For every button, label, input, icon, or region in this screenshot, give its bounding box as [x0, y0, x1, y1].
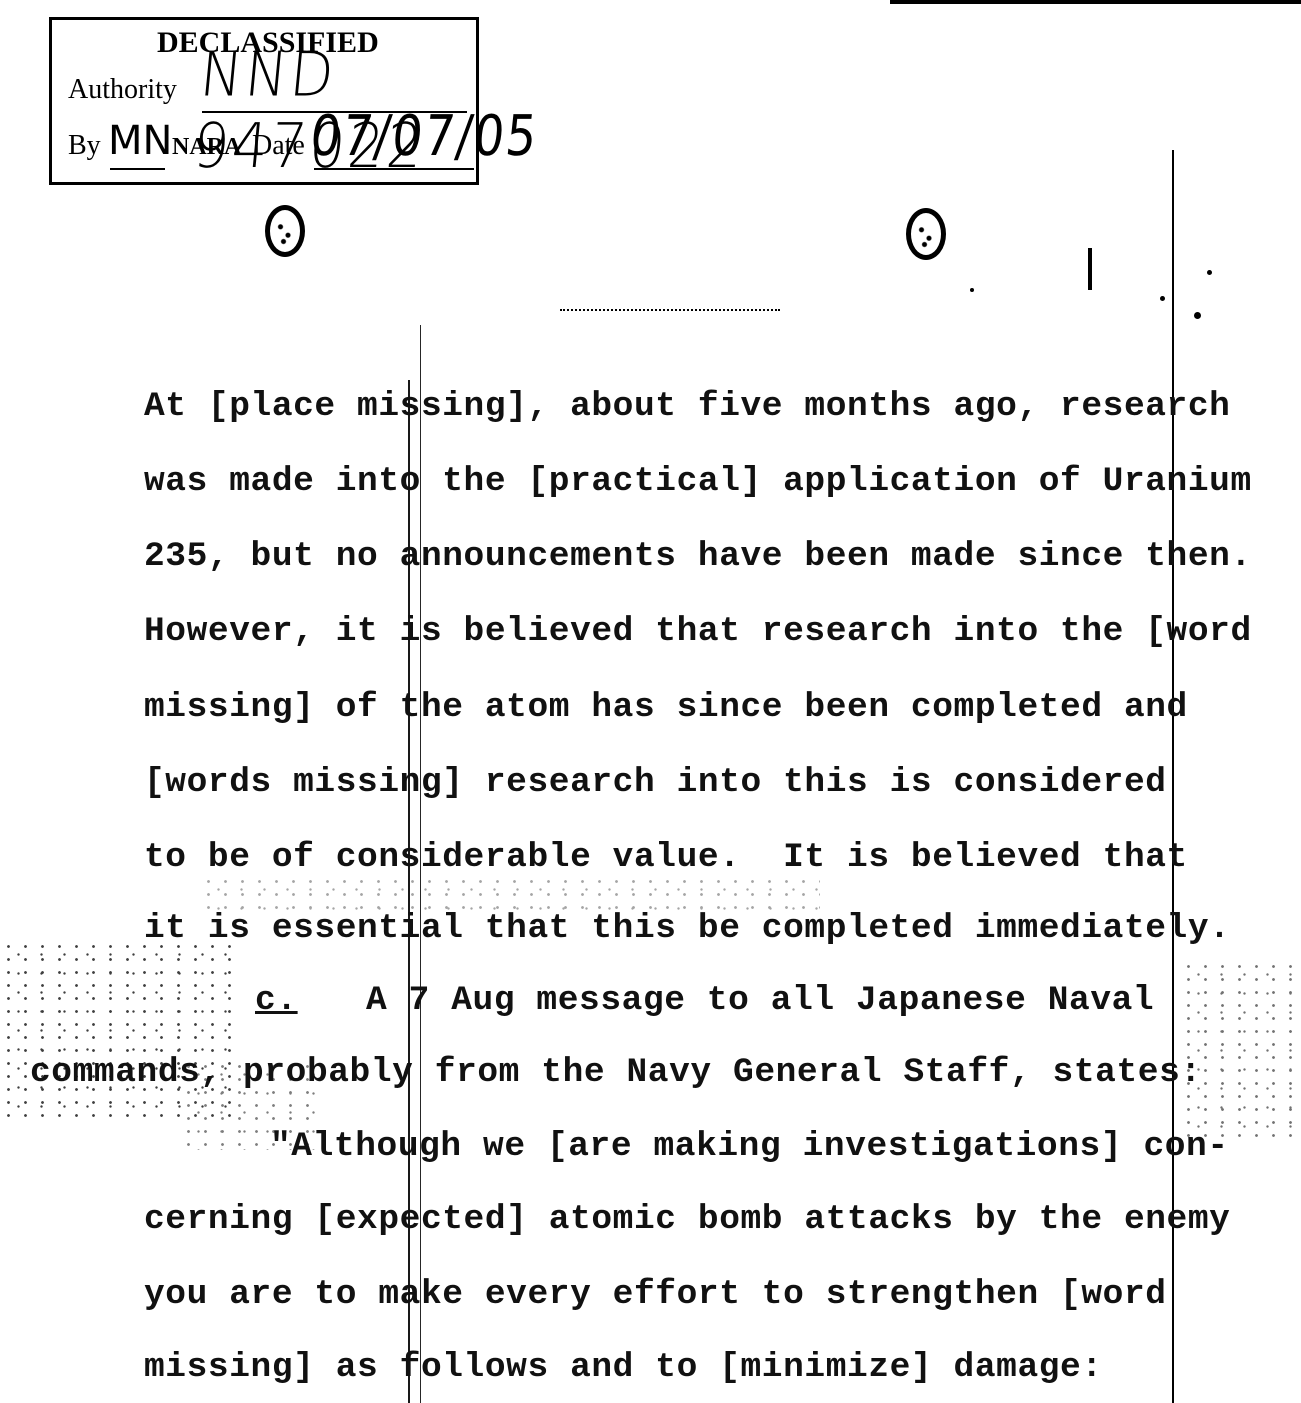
stamp-authority-label: Authority: [68, 74, 177, 106]
body-line-11: "Although we [are making investigations]…: [270, 1127, 1229, 1166]
body-line-1: At [place missing], about five months ag…: [144, 387, 1230, 426]
body-line-6: [words missing] research into this is co…: [144, 763, 1167, 802]
body-line-4: However, it is believed that research in…: [144, 612, 1252, 651]
stamp-nara-label: NARA: [172, 134, 241, 161]
punch-hole-icon: [265, 205, 305, 257]
stamp-by-underline: [110, 168, 165, 170]
scan-speck: [970, 288, 974, 292]
body-line-5: missing] of the atom has since been comp…: [144, 688, 1188, 727]
paragraph-marker-c: c.: [255, 981, 298, 1020]
body-line-8: it is essential that this be completed i…: [144, 909, 1230, 948]
body-line-7: to be of considerable value. It is belie…: [144, 838, 1188, 877]
body-line-12: cerning [expected] atomic bomb attacks b…: [144, 1200, 1230, 1239]
body-line-9: A 7 Aug message to all Japanese Naval: [366, 981, 1154, 1020]
body-line-13: you are to make every effort to strength…: [144, 1275, 1167, 1314]
stamp-date-underline: [314, 168, 474, 170]
punch-hole-icon: [906, 208, 946, 260]
scan-top-border: [890, 0, 1301, 4]
scan-speck: [1194, 312, 1201, 319]
body-line-2: was made into the [practical] applicatio…: [144, 462, 1252, 501]
stamp-by-initials: MN: [108, 118, 172, 164]
scan-mark: [1088, 248, 1092, 290]
scan-speck: [1160, 296, 1165, 301]
scan-noise: [1180, 960, 1301, 1140]
document-body: At [place missing], about five months ag…: [0, 0, 83, 663]
scan-speck: [1207, 270, 1212, 275]
stamp-date-value: 07/07/05: [307, 104, 541, 169]
body-line-3: 235, but no announcements have been made…: [144, 537, 1252, 576]
scan-dash-line: [560, 309, 780, 311]
body-line-10: commands, probably from the Navy General…: [30, 1053, 1202, 1092]
scanned-document-page: DECLASSIFIED Authority NND 947022 By MN …: [0, 0, 1301, 1403]
stamp-date-label: Date: [252, 130, 305, 162]
body-line-14: missing] as follows and to [minimize] da…: [144, 1348, 1103, 1387]
declassified-stamp: DECLASSIFIED Authority NND 947022 By MN …: [49, 17, 479, 185]
